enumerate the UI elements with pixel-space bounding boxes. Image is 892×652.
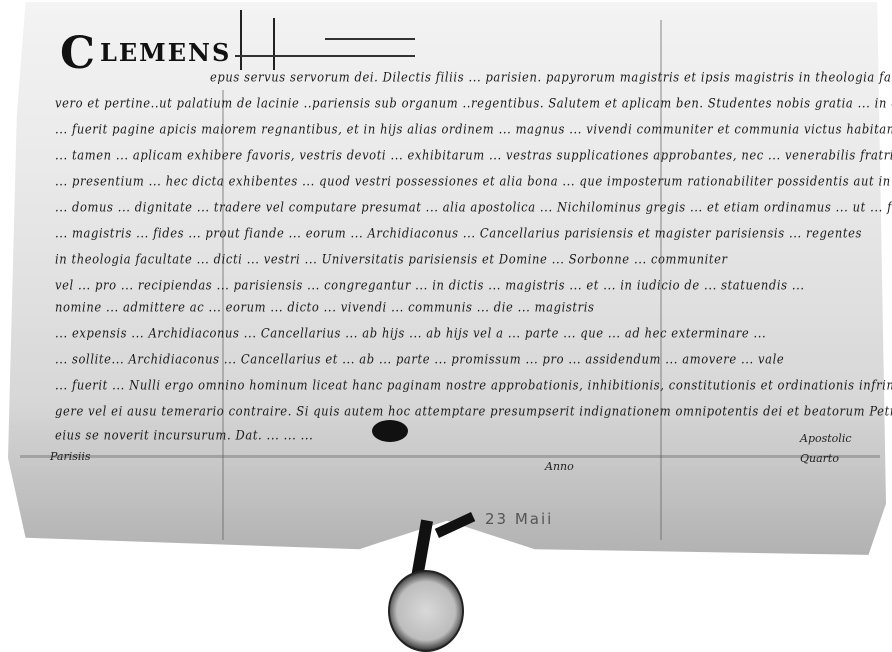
opening-word: LEMENS [100, 38, 231, 67]
text-line: nomine ... admittere ac ... eorum ... di… [55, 299, 594, 314]
horizontal-crease [20, 455, 880, 458]
illuminated-initial: C [60, 28, 95, 79]
text-line: gere vel ei ausu temerario contraire. Si… [55, 403, 892, 418]
text-line: eius se noverit incursurum. Dat. ... ...… [55, 427, 313, 442]
text-line: vel ... pro ... recipiendas ... parisien… [55, 277, 805, 292]
text-line: ... presentium ... hec dicta exhibentes … [55, 173, 892, 188]
text-line: ... fuerit pagine apicis maiorem regnant… [55, 121, 892, 136]
text-line: in theologia facultate ... dicti ... ves… [55, 251, 728, 266]
text-line: ... expensis ... Archidiaconus ... Cance… [55, 325, 766, 340]
top-stroke [235, 55, 415, 57]
ascender-stroke [273, 18, 275, 70]
text-line: ... fuerit ... Nulli ergo omnino hominum… [55, 377, 892, 392]
top-stroke [325, 38, 415, 40]
text-line: epus servus servorum dei. Dilectis filii… [210, 69, 892, 84]
text-line: ... tamen ... aplicam exhibere favoris, … [55, 147, 892, 162]
text-line: ... magistris ... fides ... prout fiande… [55, 225, 862, 240]
dating-right-bottom: Quarto [800, 452, 839, 465]
ink-blot-mark [372, 420, 408, 442]
text-line: vero et pertine..ut palatium de lacinie … [55, 95, 892, 110]
lead-seal-bulla [388, 570, 464, 652]
pencil-annotation: 23 Maii [485, 510, 553, 528]
dating-place: Parisiis [50, 450, 91, 463]
text-line: ... sollite... Archidiaconus ... Cancell… [55, 351, 784, 366]
dating-anno: Anno [545, 460, 574, 473]
ascender-stroke [240, 10, 242, 70]
dating-right-top: Apostolic [800, 432, 852, 445]
text-line: ... domus ... dignitate ... tradere vel … [55, 199, 892, 214]
